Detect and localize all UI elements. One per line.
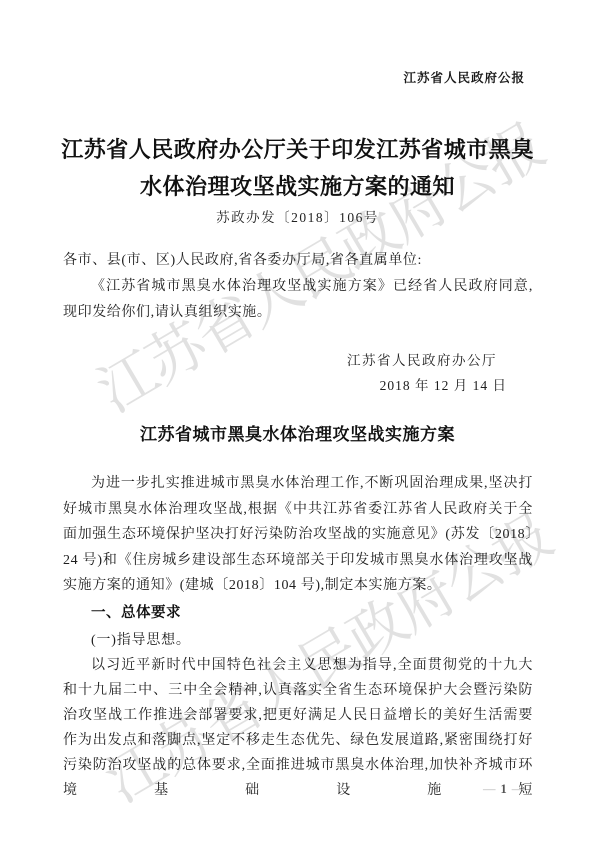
gazette-header: 江苏省人民政府公报 [403,68,525,86]
salutation: 各市、县(市、区)人民政府,省各委办厅局,省各直属单位: [63,248,533,274]
document-title: 江苏省人民政府办公厅关于印发江苏省城市黑臭 水体治理攻坚战实施方案的通知 [0,131,595,205]
page-number-dash-left: — [483,782,496,796]
document-title-line-1: 江苏省人民政府办公厅关于印发江苏省城市黑臭 [0,131,595,168]
page-number: —1— [478,782,524,797]
document-title-line-2: 水体治理攻坚战实施方案的通知 [0,168,595,205]
plan-paragraph-2: 以习近平新时代中国特色社会主义思想为指导,全面贯彻党的十九大和十九届二中、三中全… [63,653,533,803]
content-layer: 江苏省人民政府公报 江苏省人民政府办公厅关于印发江苏省城市黑臭 水体治理攻坚战实… [0,0,595,841]
issuing-office: 江苏省人民政府办公厅 [347,349,497,369]
section-heading-1: 一、总体要求 [91,601,181,622]
notice-body: 《江苏省城市黑臭水体治理攻坚战实施方案》已经省人民政府同意,现印发给你们,请认真… [63,274,533,326]
issue-date: 2018 年 12 月 14 日 [380,374,507,394]
page-number-value: 1 [501,782,507,796]
subsection-heading-1: (一)指导思想。 [91,629,191,649]
plan-title: 江苏省城市黑臭水体治理攻坚战实施方案 [0,420,595,445]
plan-paragraph-1: 为进一步扎实推进城市黑臭水体治理工作,不断巩固治理成果,坚决打好城市黑臭水体治理… [63,471,533,599]
document-number: 苏政办发〔2018〕106号 [0,206,595,226]
document-page: 江苏省人民政府公报 江苏省人民政府公报 江苏省人民政府公报 江苏省人民政府办公厅… [0,0,595,841]
page-number-dash-right: — [512,782,525,796]
